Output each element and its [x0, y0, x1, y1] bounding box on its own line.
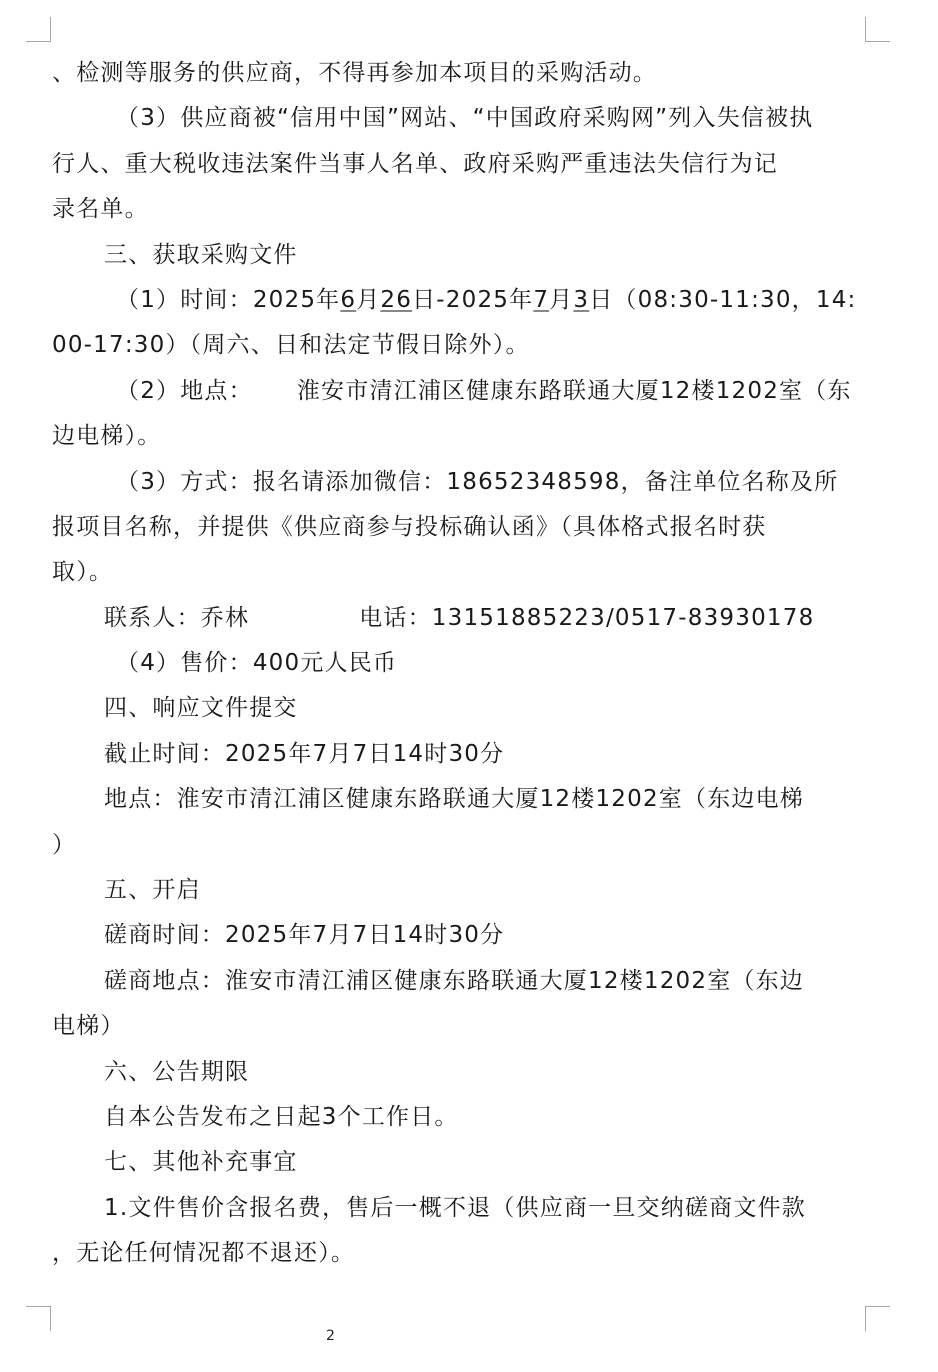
- location-label: （2）地点：: [116, 378, 253, 404]
- paragraph-line: 报项目名称，并提供《供应商参与投标确认函》（具体格式报名时获: [52, 505, 868, 550]
- crop-mark-top-left: [26, 17, 51, 42]
- crop-mark-top-right: [865, 17, 890, 42]
- contact-phone: 电话：13151885223/0517-83930178: [359, 605, 814, 631]
- day-underlined: 26: [380, 287, 412, 313]
- section-heading: 四、响应文件提交: [52, 686, 868, 731]
- paragraph-line: 边电梯）。: [52, 414, 868, 459]
- paragraph-line: 取）。: [52, 550, 868, 595]
- time-prefix: （1）时间：2025年: [116, 287, 340, 313]
- contact-person: 联系人：乔林: [104, 605, 249, 631]
- text-fragment: 月: [549, 287, 573, 313]
- section-heading: 六、公告期限: [52, 1050, 868, 1095]
- paragraph-line: 自本公告发布之日起3个工作日。: [52, 1095, 868, 1140]
- day-underlined: 3: [573, 287, 589, 313]
- paragraph-line: 、检测等服务的供应商，不得再参加本项目的采购活动。: [52, 51, 868, 96]
- section-heading: 五、开启: [52, 868, 868, 913]
- crop-mark-bottom-left: [26, 1306, 51, 1331]
- text-fragment: 日-2025年: [412, 287, 533, 313]
- paragraph-line: 磋商地点：淮安市清江浦区健康东路联通大厦12楼1202室（东边: [52, 959, 868, 1004]
- time-suffix: 日（08:30-11:30，14:: [589, 287, 856, 313]
- contact-line: 联系人：乔林电话：13151885223/0517-83930178: [52, 596, 868, 641]
- paragraph-line: （3）方式：报名请添加微信：18652348598，备注单位名称及所: [52, 460, 868, 505]
- paragraph-line: 行人、重大税收违法案件当事人名单、政府采购严重违法失信行为记: [52, 142, 868, 187]
- paragraph-line: 截止时间：2025年7月7日14时30分: [52, 732, 868, 777]
- paragraph-line: 00-17:30）（周六、日和法定节假日除外）。: [52, 323, 868, 368]
- section-heading: 三、获取采购文件: [52, 233, 868, 278]
- paragraph-line: （4）售价：400元人民币: [52, 641, 868, 686]
- document-body: 、检测等服务的供应商，不得再参加本项目的采购活动。 （3）供应商被“信用中国”网…: [52, 51, 868, 1277]
- crop-mark-bottom-right: [865, 1306, 890, 1331]
- month-underlined: 7: [533, 287, 549, 313]
- location-value: 淮安市清江浦区健康东路联通大厦12楼1202室（东: [297, 378, 852, 404]
- section-heading: 七、其他补充事宜: [52, 1140, 868, 1185]
- paragraph-line: ，无论任何情况都不退还）。: [52, 1231, 868, 1276]
- paragraph-line: 录名单。: [52, 187, 868, 232]
- paragraph-line: ）: [52, 823, 868, 868]
- paragraph-line: 1.文件售价含报名费，售后一概不退（供应商一旦交纳磋商文件款: [52, 1186, 868, 1231]
- paragraph-line: 磋商时间：2025年7月7日14时30分: [52, 913, 868, 958]
- paragraph-line-location: （2）地点：淮安市清江浦区健康东路联通大厦12楼1202室（东: [52, 369, 868, 414]
- paragraph-line: 地点：淮安市清江浦区健康东路联通大厦12楼1202室（东边电梯: [52, 777, 868, 822]
- page-number: 2: [326, 1328, 335, 1344]
- paragraph-line: （3）供应商被“信用中国”网站、“中国政府采购网”列入失信被执: [52, 96, 868, 141]
- month-underlined: 6: [340, 287, 356, 313]
- paragraph-line: 电梯）: [52, 1004, 868, 1049]
- text-fragment: 月: [356, 287, 380, 313]
- paragraph-line-time: （1）时间：2025年6月26日-2025年7月3日（08:30-11:30，1…: [52, 278, 868, 323]
